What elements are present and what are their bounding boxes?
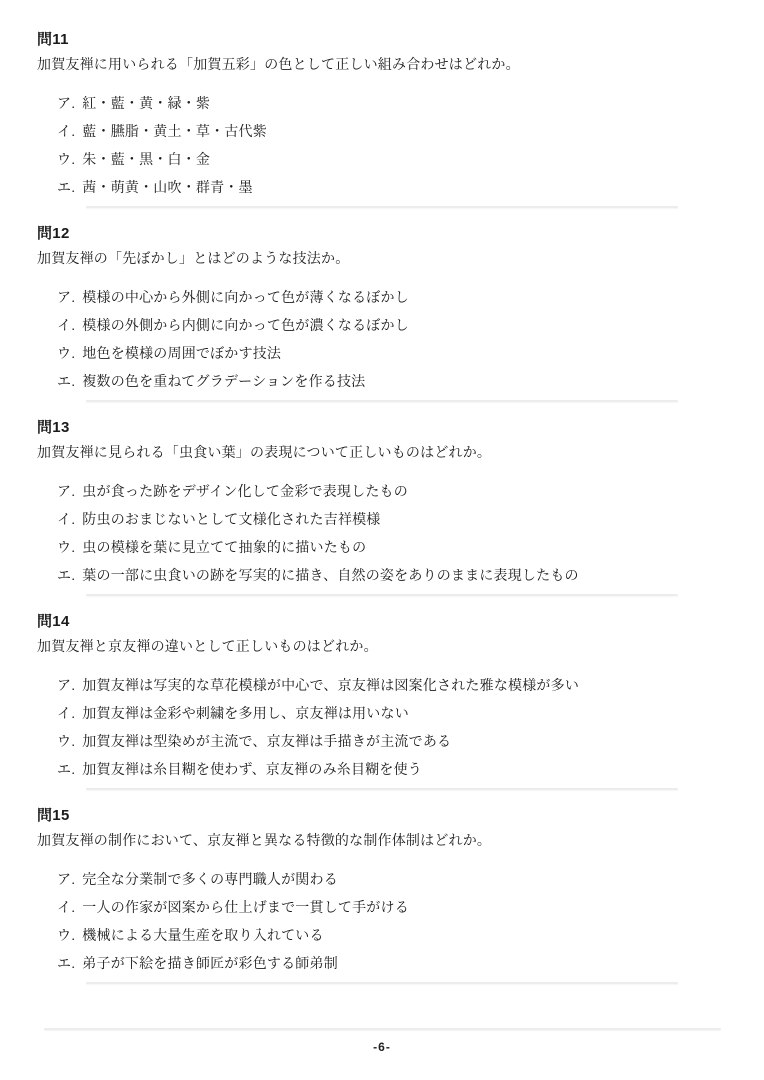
options-list: ア.模様の中心から外側に向かって色が薄くなるぼかし イ.模様の外側から内側に向か… [57, 283, 727, 395]
option-key: ウ. [57, 733, 75, 749]
options-list: ア.完全な分業制で多くの専門職人が関わる イ.一人の作家が図案から仕上げまで一貫… [57, 865, 727, 977]
question-text: 加賀友禅に見られる「虫食い葉」の表現について正しいものはどれか。 [37, 442, 727, 462]
option-item: イ.藍・臙脂・黄土・草・古代紫 [57, 117, 727, 145]
option-text: 加賀友禅は型染めが主流で、京友禅は手描きが主流である [82, 733, 451, 749]
option-key: イ. [57, 705, 75, 721]
option-item: ア.完全な分業制で多くの専門職人が関わる [57, 865, 727, 893]
option-item: ウ.地色を模様の周囲でぼかす技法 [57, 339, 727, 367]
option-text: 加賀友禅は金彩や刺繍を多用し、京友禅は用いない [82, 705, 409, 721]
footer-rule [44, 1028, 721, 1030]
option-text: 模様の中心から外側に向かって色が薄くなるぼかし [82, 289, 409, 305]
question-list: 問11 加賀友禅に用いられる「加賀五彩」の色として正しい組み合わせはどれか。 ア… [37, 30, 727, 984]
question-separator [86, 788, 678, 790]
option-text: 紅・藍・黄・緑・紫 [82, 95, 210, 111]
option-text: 模様の外側から内側に向かって色が濃くなるぼかし [82, 317, 409, 333]
exam-page: 問11 加賀友禅に用いられる「加賀五彩」の色として正しい組み合わせはどれか。 ア… [0, 0, 764, 1080]
page-number: -6- [0, 1040, 764, 1054]
option-key: ア. [57, 95, 75, 111]
option-item: ア.紅・藍・黄・緑・紫 [57, 89, 727, 117]
option-text: 虫の模様を葉に見立てて抽象的に描いたもの [82, 539, 366, 555]
option-item: ウ.虫の模様を葉に見立てて抽象的に描いたもの [57, 533, 727, 561]
option-key: イ. [57, 317, 75, 333]
option-key: エ. [57, 761, 75, 777]
option-text: 地色を模様の周囲でぼかす技法 [82, 345, 281, 361]
option-key: ア. [57, 289, 75, 305]
options-list: ア.加賀友禅は写実的な草花模様が中心で、京友禅は図案化された雅な模様が多い イ.… [57, 671, 727, 783]
options-list: ア.虫が食った跡をデザイン化して金彩で表現したもの イ.防虫のおまじないとして文… [57, 477, 727, 589]
option-key: ウ. [57, 151, 75, 167]
option-item: エ.茜・萌黄・山吹・群青・墨 [57, 173, 727, 201]
question-separator [86, 594, 678, 596]
option-text: 複数の色を重ねてグラデーションを作る技法 [82, 373, 365, 389]
option-text: 葉の一部に虫食いの跡を写実的に描き、自然の姿をありのままに表現したもの [82, 567, 578, 583]
option-item: ア.加賀友禅は写実的な草花模様が中心で、京友禅は図案化された雅な模様が多い [57, 671, 727, 699]
question-block: 問14 加賀友禅と京友禅の違いとして正しいものはどれか。 ア.加賀友禅は写実的な… [37, 612, 727, 790]
option-text: 一人の作家が図案から仕上げまで一貫して手がける [82, 899, 409, 915]
question-separator [86, 206, 678, 208]
page-footer: -6- [0, 1028, 764, 1080]
question-number: 問14 [37, 612, 727, 632]
option-key: ア. [57, 677, 75, 693]
question-number: 問11 [37, 30, 727, 50]
question-separator [86, 982, 678, 984]
option-item: エ.複数の色を重ねてグラデーションを作る技法 [57, 367, 727, 395]
option-key: イ. [57, 511, 75, 527]
option-item: エ.葉の一部に虫食いの跡を写実的に描き、自然の姿をありのままに表現したもの [57, 561, 727, 589]
question-text: 加賀友禅の制作において、京友禅と異なる特徴的な制作体制はどれか。 [37, 830, 727, 850]
option-text: 防虫のおまじないとして文様化された吉祥模様 [82, 511, 380, 527]
option-text: 完全な分業制で多くの専門職人が関わる [82, 871, 338, 887]
option-text: 加賀友禅は糸目糊を使わず、京友禅のみ糸目糊を使う [82, 761, 422, 777]
question-number: 問13 [37, 418, 727, 438]
question-number: 問15 [37, 806, 727, 826]
option-key: ア. [57, 483, 75, 499]
question-block: 問13 加賀友禅に見られる「虫食い葉」の表現について正しいものはどれか。 ア.虫… [37, 418, 727, 596]
option-item: ア.模様の中心から外側に向かって色が薄くなるぼかし [57, 283, 727, 311]
option-key: イ. [57, 899, 75, 915]
question-block: 問11 加賀友禅に用いられる「加賀五彩」の色として正しい組み合わせはどれか。 ア… [37, 30, 727, 208]
option-text: 茜・萌黄・山吹・群青・墨 [82, 179, 252, 195]
option-key: イ. [57, 123, 75, 139]
option-key: エ. [57, 373, 75, 389]
option-item: イ.防虫のおまじないとして文様化された吉祥模様 [57, 505, 727, 533]
question-text: 加賀友禅の「先ぼかし」とはどのような技法か。 [37, 248, 727, 268]
option-key: ウ. [57, 345, 75, 361]
option-item: ウ.加賀友禅は型染めが主流で、京友禅は手描きが主流である [57, 727, 727, 755]
option-key: エ. [57, 955, 75, 971]
option-item: ウ.機械による大量生産を取り入れている [57, 921, 727, 949]
option-item: エ.弟子が下絵を描き師匠が彩色する師弟制 [57, 949, 727, 977]
question-number: 問12 [37, 224, 727, 244]
question-text: 加賀友禅に用いられる「加賀五彩」の色として正しい組み合わせはどれか。 [37, 54, 727, 74]
question-separator [86, 400, 678, 402]
option-item: エ.加賀友禅は糸目糊を使わず、京友禅のみ糸目糊を使う [57, 755, 727, 783]
option-item: イ.模様の外側から内側に向かって色が濃くなるぼかし [57, 311, 727, 339]
option-text: 藍・臙脂・黄土・草・古代紫 [82, 123, 267, 139]
question-block: 問15 加賀友禅の制作において、京友禅と異なる特徴的な制作体制はどれか。 ア.完… [37, 806, 727, 984]
option-item: イ.一人の作家が図案から仕上げまで一貫して手がける [57, 893, 727, 921]
option-item: ア.虫が食った跡をデザイン化して金彩で表現したもの [57, 477, 727, 505]
option-text: 弟子が下絵を描き師匠が彩色する師弟制 [82, 955, 338, 971]
question-text: 加賀友禅と京友禅の違いとして正しいものはどれか。 [37, 636, 727, 656]
option-key: ア. [57, 871, 75, 887]
option-item: ウ.朱・藍・黒・白・金 [57, 145, 727, 173]
option-key: エ. [57, 179, 75, 195]
question-block: 問12 加賀友禅の「先ぼかし」とはどのような技法か。 ア.模様の中心から外側に向… [37, 224, 727, 402]
option-text: 虫が食った跡をデザイン化して金彩で表現したもの [82, 483, 408, 499]
option-text: 機械による大量生産を取り入れている [82, 927, 323, 943]
option-text: 加賀友禅は写実的な草花模様が中心で、京友禅は図案化された雅な模様が多い [82, 677, 579, 693]
option-key: ウ. [57, 539, 75, 555]
option-key: エ. [57, 567, 75, 583]
options-list: ア.紅・藍・黄・緑・紫 イ.藍・臙脂・黄土・草・古代紫 ウ.朱・藍・黒・白・金 … [57, 89, 727, 201]
option-item: イ.加賀友禅は金彩や刺繍を多用し、京友禅は用いない [57, 699, 727, 727]
option-text: 朱・藍・黒・白・金 [82, 151, 210, 167]
option-key: ウ. [57, 927, 75, 943]
